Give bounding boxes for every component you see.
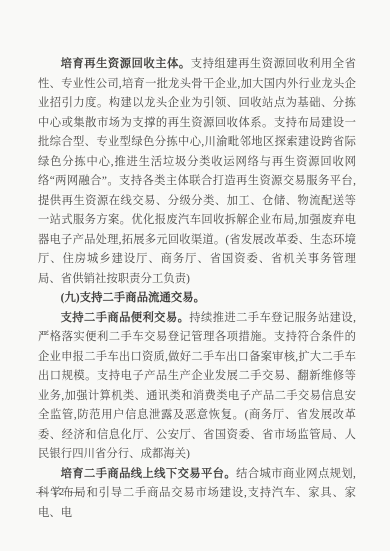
page-footer: — 12 — (36, 487, 82, 498)
document-body: 培育再生资源回收主体。支持组建再生资源回收利用全省性、专业性公司,培育一批龙头骨… (38, 55, 356, 523)
body-paragraph: 支持二手商品便利交易。持续推进二手车登记服务站建设,严格落实便利二手车交易登记管… (38, 309, 356, 465)
body-paragraph: 培育再生资源回收主体。支持组建再生资源回收利用全省性、专业性公司,培育一批龙头骨… (38, 55, 356, 289)
section-heading: (九)支持二手商品流通交易。 (38, 289, 356, 309)
paragraph-lead-sentence: 支持二手商品便利交易。 (61, 312, 190, 324)
document-page: 培育再生资源回收主体。支持组建再生资源回收利用全省性、专业性公司,培育一批龙头骨… (0, 0, 390, 551)
page-number: — 12 — (36, 487, 82, 498)
body-paragraph: 培育二手商品线上线下交易平台。结合城市商业网点规划,科学布局和引导二手商品交易市… (38, 465, 356, 524)
paragraph-lead-sentence: 培育二手商品线上线下交易平台。 (61, 468, 236, 480)
paragraph-lead-sentence: 培育再生资源回收主体。 (61, 58, 191, 70)
